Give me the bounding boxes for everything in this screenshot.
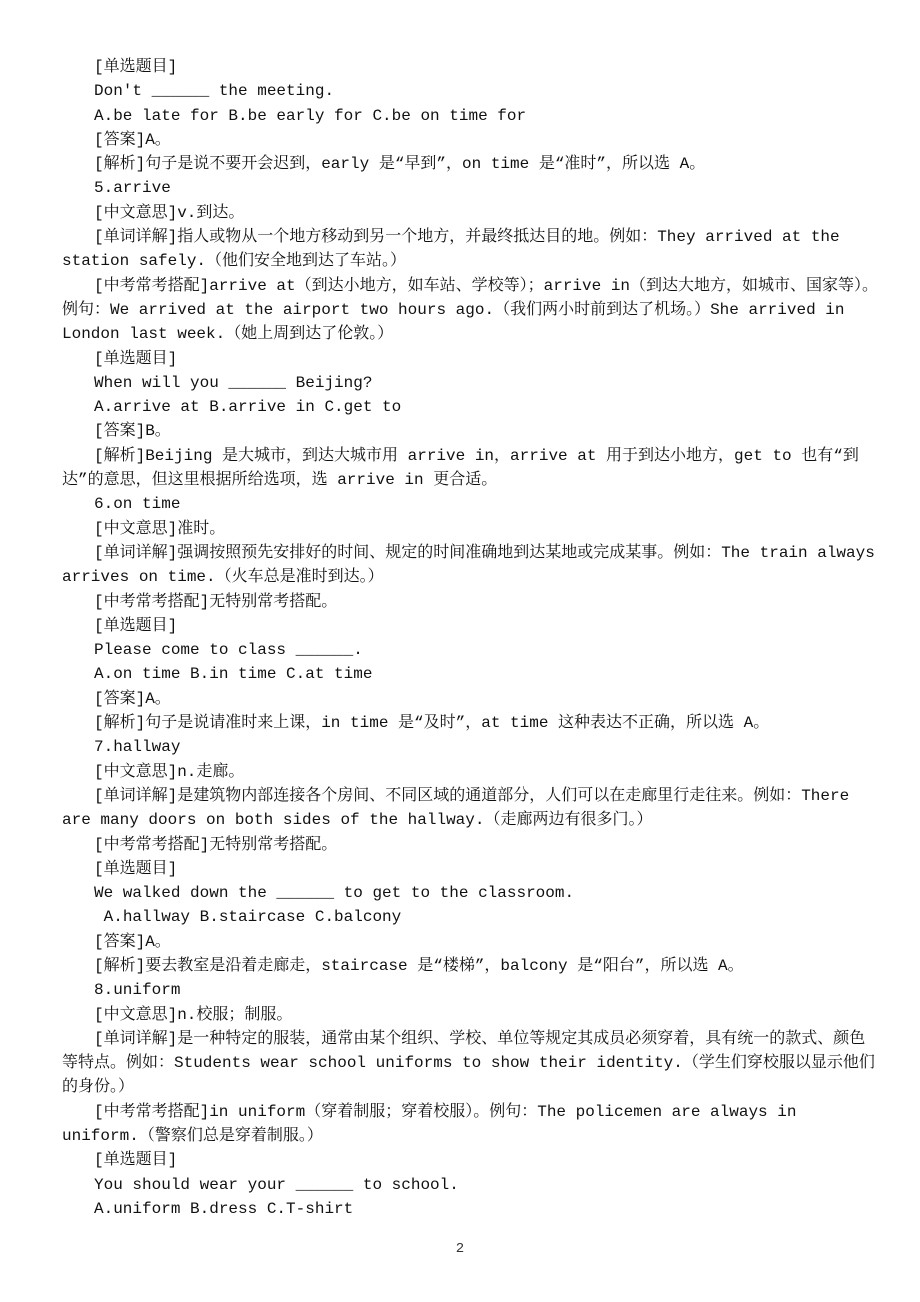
paragraph: [中考常考搭配]无特别常考搭配。	[62, 590, 880, 614]
paragraph: [单选题目]	[62, 55, 880, 79]
paragraph: [解析]句子是说请准时来上课，in time 是“及时”，at time 这种表…	[62, 711, 880, 735]
paragraph: [答案]A。	[62, 930, 880, 954]
paragraph: [单选题目]	[62, 347, 880, 371]
paragraph: [单选题目]	[62, 614, 880, 638]
paragraph: [答案]A。	[62, 128, 880, 152]
paragraph: [中考常考搭配]arrive at（到达小地方，如车站、学校等）；arrive …	[62, 274, 880, 347]
paragraph: 6.on time	[62, 492, 880, 516]
page-number: 2	[0, 1240, 920, 1258]
document-page: [单选题目]Don't ______ the meeting.A.be late…	[0, 0, 920, 1302]
paragraph: [中考常考搭配]in uniform（穿着制服；穿着校服）。例句：The pol…	[62, 1100, 880, 1149]
paragraph: You should wear your ______ to school.	[62, 1173, 880, 1197]
paragraph: A.hallway B.staircase C.balcony	[62, 905, 880, 929]
paragraph: [单词详解]是一种特定的服装，通常由某个组织、学校、单位等规定其成员必须穿着，具…	[62, 1027, 880, 1100]
paragraph: A.on time B.in time C.at time	[62, 662, 880, 686]
paragraph: [解析]要去教室是沿着走廊走，staircase 是“楼梯”，balcony 是…	[62, 954, 880, 978]
paragraph: [解析]Beijing 是大城市，到达大城市用 arrive in，arrive…	[62, 444, 880, 493]
paragraph: When will you ______ Beijing?	[62, 371, 880, 395]
paragraph: We walked down the ______ to get to the …	[62, 881, 880, 905]
paragraph: A.be late for B.be early for C.be on tim…	[62, 104, 880, 128]
paragraph: 7.hallway	[62, 735, 880, 759]
paragraph: 5.arrive	[62, 176, 880, 200]
paragraph: [单词详解]指人或物从一个地方移动到另一个地方，并最终抵达目的地。例如：They…	[62, 225, 880, 274]
paragraph: [单词详解]是建筑物内部连接各个房间、不同区域的通道部分，人们可以在走廊里行走往…	[62, 784, 880, 833]
paragraph: [单选题目]	[62, 857, 880, 881]
paragraph: [答案]A。	[62, 687, 880, 711]
paragraph: [中文意思]n.走廊。	[62, 760, 880, 784]
paragraph: [中文意思]n.校服；制服。	[62, 1003, 880, 1027]
paragraph: Please come to class ______.	[62, 638, 880, 662]
document-body: [单选题目]Don't ______ the meeting.A.be late…	[62, 55, 880, 1221]
paragraph: A.arrive at B.arrive in C.get to	[62, 395, 880, 419]
paragraph: [单选题目]	[62, 1148, 880, 1172]
paragraph: [解析]句子是说不要开会迟到，early 是“早到”，on time 是“准时”…	[62, 152, 880, 176]
paragraph: [中考常考搭配]无特别常考搭配。	[62, 833, 880, 857]
paragraph: A.uniform B.dress C.T-shirt	[62, 1197, 880, 1221]
paragraph: Don't ______ the meeting.	[62, 79, 880, 103]
paragraph: 8.uniform	[62, 978, 880, 1002]
paragraph: [答案]B。	[62, 419, 880, 443]
paragraph: [中文意思]准时。	[62, 517, 880, 541]
paragraph: [单词详解]强调按照预先安排好的时间、规定的时间准确地到达某地或完成某事。例如：…	[62, 541, 880, 590]
paragraph: [中文意思]v.到达。	[62, 201, 880, 225]
